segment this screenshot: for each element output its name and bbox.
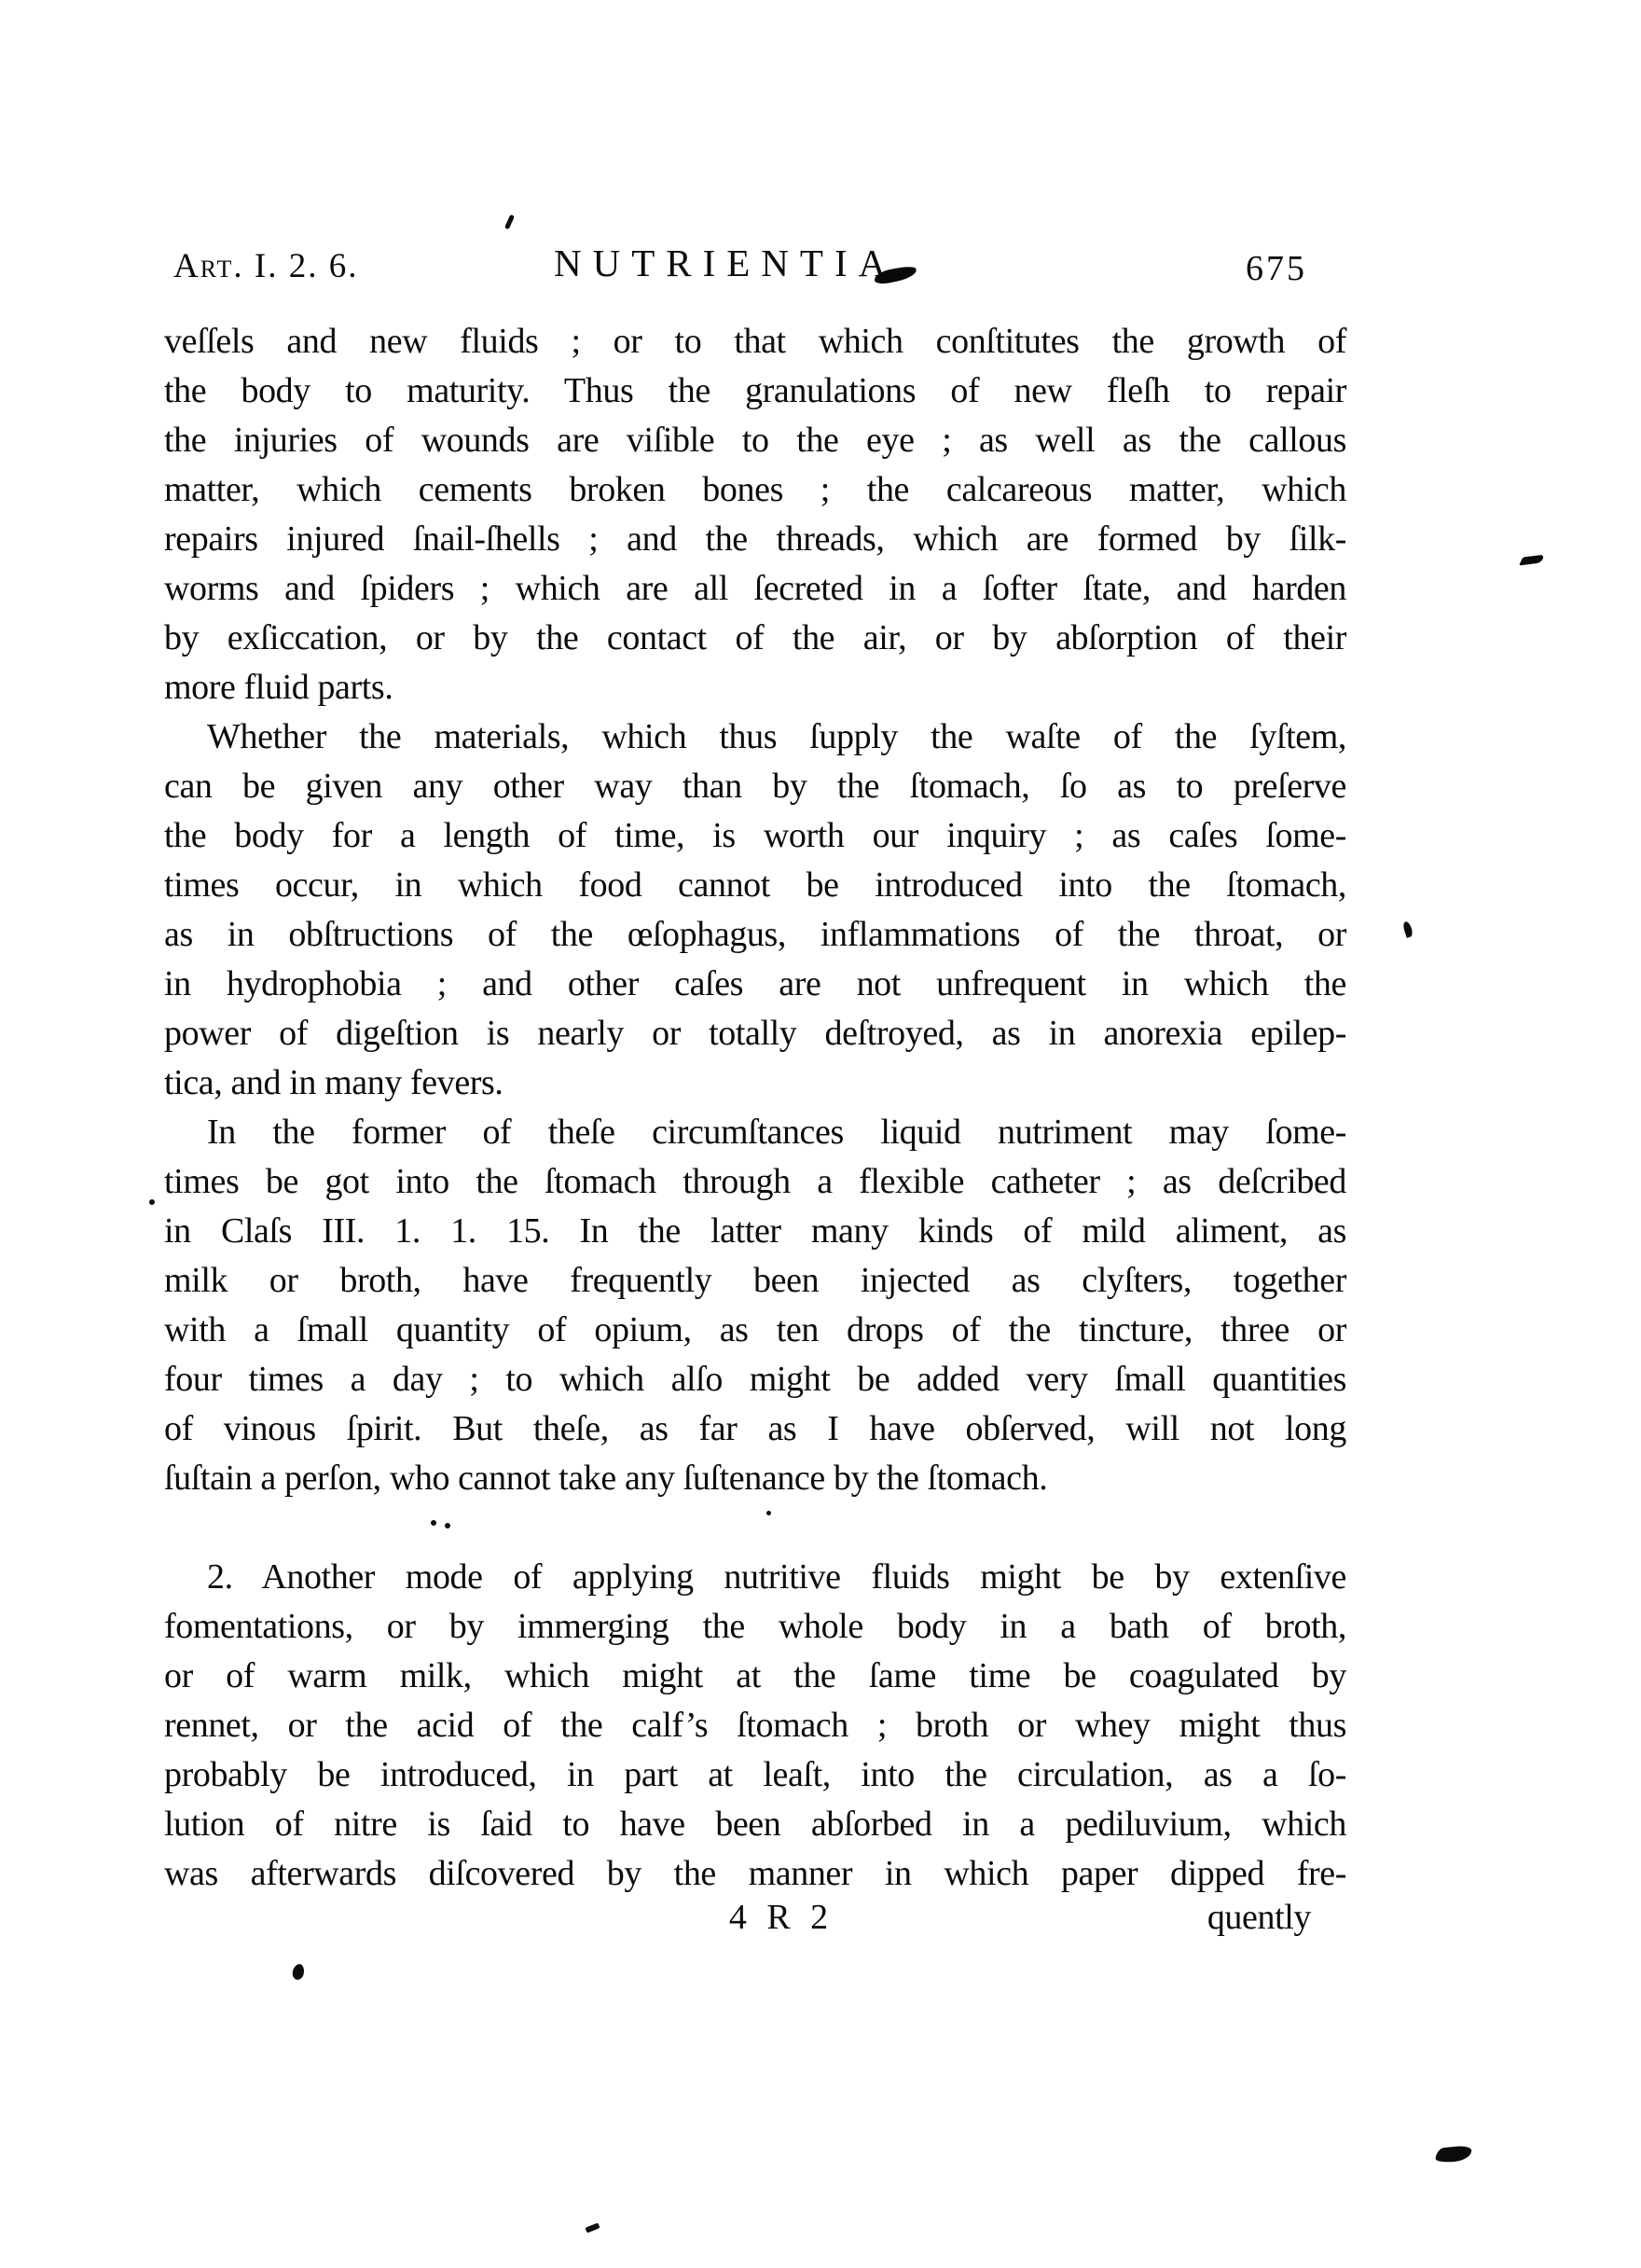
- signature-mark: 4 R 2: [729, 1897, 834, 1938]
- page-title-wrap: NUTRIENTIA: [554, 241, 916, 285]
- body-text: veſſels and new fluids ; or to that whic…: [164, 317, 1346, 1899]
- text-line: the body for a length of time, is worth …: [164, 811, 1346, 861]
- paragraph: Whether the materials, which thus ſupply…: [164, 712, 1346, 1108]
- text-line: matter, which cements broken bones ; the…: [164, 465, 1346, 515]
- text-line: rennet, or the acid of the calf’s ſtomac…: [164, 1701, 1346, 1750]
- catchword: quently: [1207, 1897, 1311, 1938]
- text-line: by exſiccation, or by the contact of the…: [164, 614, 1346, 663]
- paragraph: In the former of theſe circumſtances liq…: [164, 1108, 1346, 1503]
- text-line: more fluid parts.: [164, 663, 1346, 712]
- text-line: power of digeſtion is nearly or totally …: [164, 1009, 1346, 1058]
- text-line: milk or broth, have frequently been inje…: [164, 1256, 1346, 1306]
- text-line: as in obſtructions of the œſophagus, inf…: [164, 910, 1346, 960]
- text-line: lution of nitre is ſaid to have been abſ…: [164, 1800, 1346, 1849]
- text-line: In the former of theſe circumſtances liq…: [164, 1108, 1346, 1157]
- page-footer: 4 R 2 quently: [164, 1897, 1346, 1947]
- text-line: veſſels and new fluids ; or to that whic…: [164, 317, 1346, 366]
- text-line: fomentations, or by immerging the whole …: [164, 1602, 1346, 1652]
- text-line: was afterwards diſcovered by the manner …: [164, 1849, 1346, 1899]
- book-page-scan: Art. I. 2. 6. NUTRIENTIA 675 veſſels and…: [0, 0, 1641, 2268]
- paragraph: veſſels and new fluids ; or to that whic…: [164, 317, 1346, 712]
- ink-speck-right-margin-1: [1519, 555, 1545, 566]
- text-line: in hydrophobia ; and other caſes are not…: [164, 960, 1346, 1009]
- text-line: or of warm milk, which might at the ſame…: [164, 1652, 1346, 1701]
- page-title: NUTRIENTIA: [554, 242, 897, 284]
- text-line: worms and ſpiders ; which are all ſecret…: [164, 564, 1346, 614]
- ink-speck-bottom-center: [585, 2222, 600, 2233]
- text-line: ſuſtain a perſon, who cannot take any ſu…: [164, 1454, 1346, 1503]
- ink-speck-bottom-right: [1434, 2145, 1472, 2164]
- ink-speck-single-dot: [766, 1511, 771, 1515]
- text-line: can be given any other way than by the ſ…: [164, 762, 1346, 811]
- text-line: probably be introduced, in part at leaſt…: [164, 1750, 1346, 1800]
- text-line: of vinous ſpirit. But theſe, as far as I…: [164, 1404, 1346, 1454]
- paragraph: 2. Another mode of applying nutritive fl…: [164, 1553, 1346, 1899]
- ink-speck-left-margin: [149, 1199, 155, 1205]
- text-line: Whether the materials, which thus ſupply…: [164, 712, 1346, 762]
- text-line: the body to maturity. Thus the granulati…: [164, 366, 1346, 416]
- text-line: with a ſmall quantity of opium, as ten d…: [164, 1306, 1346, 1355]
- text-line: repairs injured ſnail-ſhells ; and the t…: [164, 515, 1346, 564]
- text-line: 2. Another mode of applying nutritive fl…: [164, 1553, 1346, 1602]
- ink-speck-double-dot: [431, 1520, 436, 1526]
- page-number: 675: [1246, 248, 1307, 289]
- text-line: the injuries of wounds are viſible to th…: [164, 416, 1346, 465]
- page-header: Art. I. 2. 6. NUTRIENTIA 675: [164, 241, 1346, 297]
- text-line: tica, and in many fevers.: [164, 1058, 1346, 1108]
- ink-speck-above-header: [504, 214, 515, 230]
- ink-speck-bullet: [291, 1963, 305, 1981]
- text-line: in Claſs III. 1. 1. 15. In the latter ma…: [164, 1207, 1346, 1256]
- ink-speck-right-margin-2: [1402, 920, 1414, 938]
- text-line: four times a day ; to which alſo might b…: [164, 1355, 1346, 1404]
- text-line: times occur, in which food cannot be int…: [164, 861, 1346, 910]
- text-line: times be got into the ſtomach through a …: [164, 1157, 1346, 1207]
- article-ref: Art. I. 2. 6.: [173, 246, 358, 286]
